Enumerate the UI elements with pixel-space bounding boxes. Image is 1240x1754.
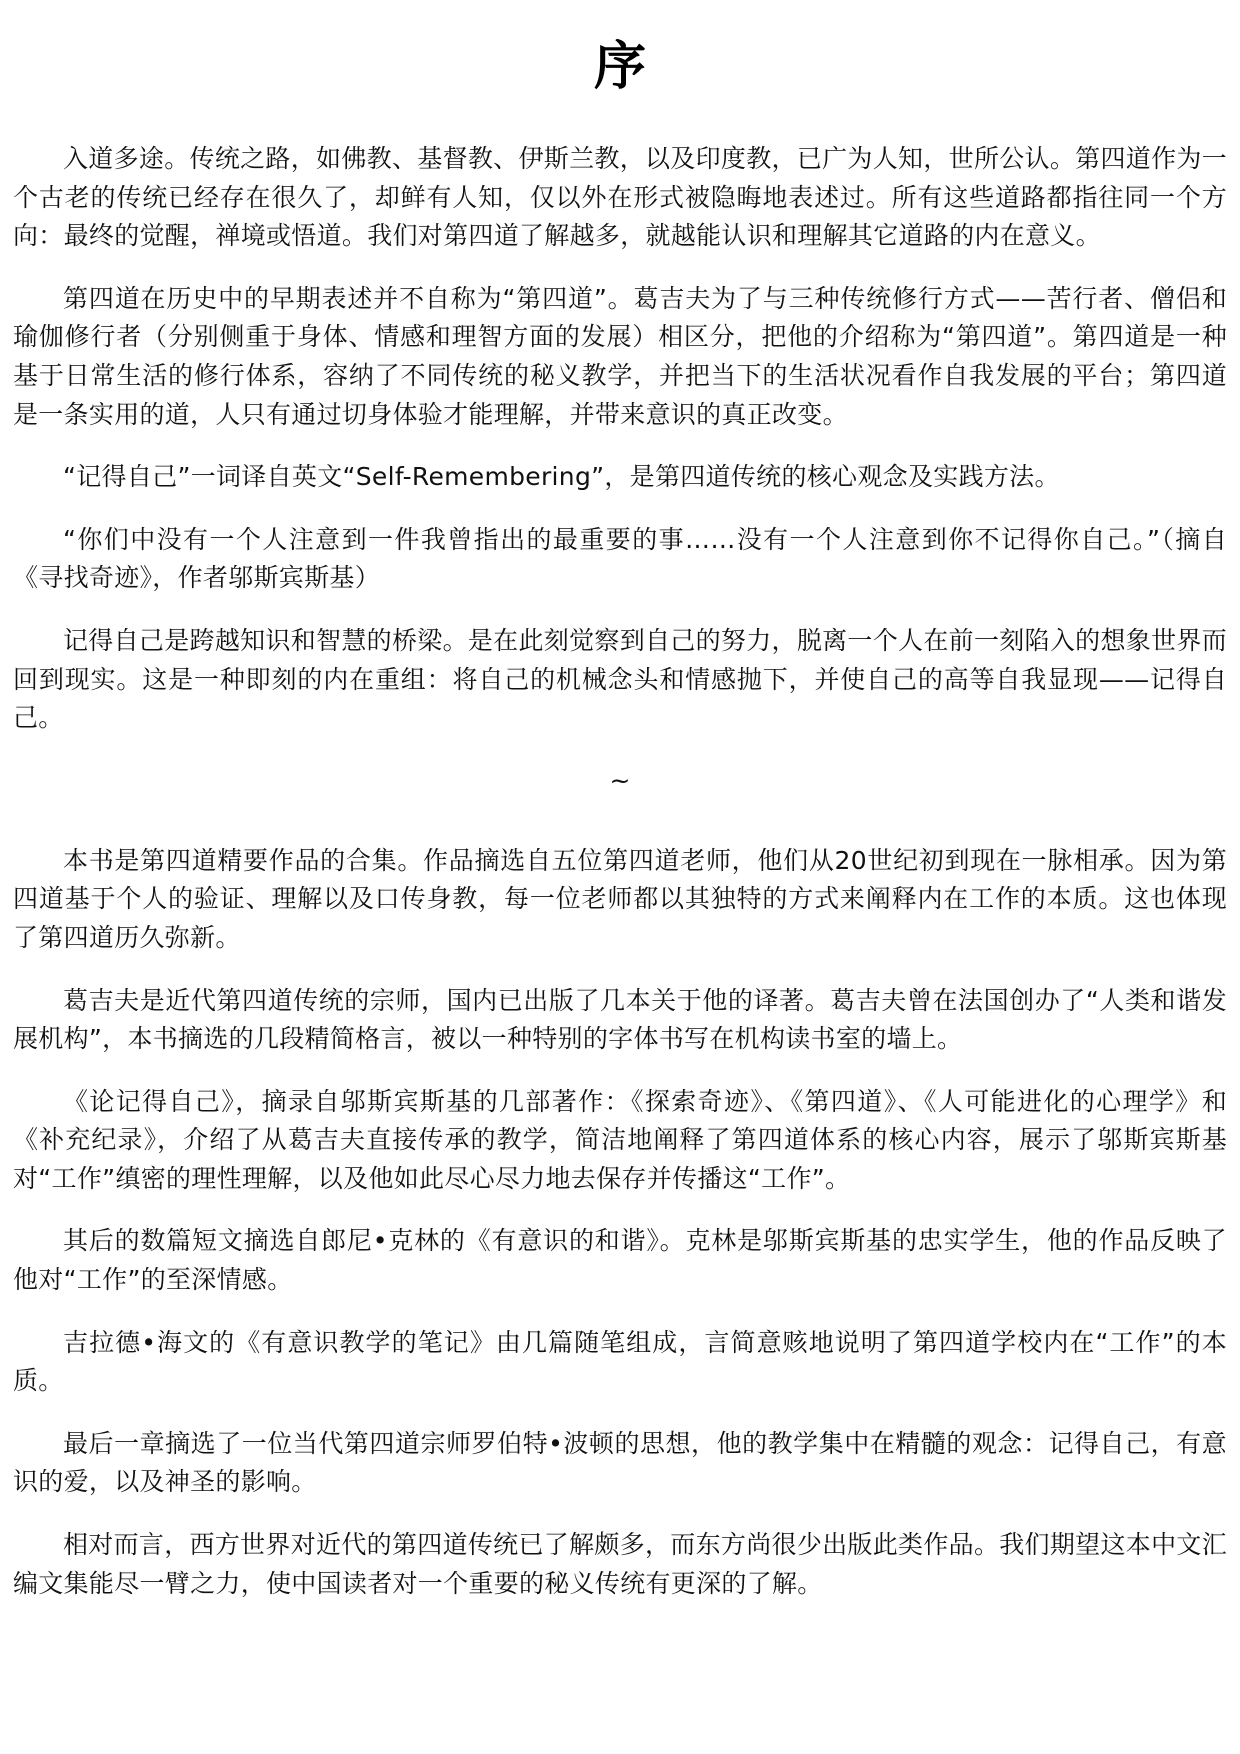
paragraph-self-remembering-term: “记得自己”一词译自英文“Self-Remembering”，是第四道传统的核心…	[13, 458, 1227, 497]
document-page: 序 入道多途。传统之路，如佛教、基督教、伊斯兰教，以及印度教，已广为人知，世所公…	[13, 0, 1227, 1627]
paragraph-collin: 其后的数篇短文摘选自郎尼•克林的《有意识的和谐》。克林是邬斯宾斯基的忠实学生，他…	[13, 1222, 1227, 1299]
paragraph-fourth-way-definition: 第四道在历史中的早期表述并不自称为“第四道”。葛吉夫为了与三种传统修行方式——苦…	[13, 280, 1227, 434]
paragraph-burton: 最后一章摘选了一位当代第四道宗师罗伯特•波顿的思想，他的教学集中在精髓的观念：记…	[13, 1425, 1227, 1502]
paragraph-intro-paths: 入道多途。传统之路，如佛教、基督教、伊斯兰教，以及印度教，已广为人知，世所公认。…	[13, 140, 1227, 256]
paragraph-gurdjieff: 葛吉夫是近代第四道传统的宗师，国内已出版了几本关于他的译著。葛吉夫曾在法国创办了…	[13, 982, 1227, 1059]
section-separator: ~	[13, 762, 1227, 800]
paragraph-ouspensky: 《论记得自己》，摘录自邬斯宾斯基的几部著作：《探索奇迹》、《第四道》、《人可能进…	[13, 1083, 1227, 1199]
paragraph-book-collection: 本书是第四道精要作品的合集。作品摘选自五位第四道老师，他们从20世纪初到现在一脉…	[13, 842, 1227, 958]
paragraph-haven: 吉拉德•海文的《有意识教学的笔记》由几篇随笔组成，言简意赅地说明了第四道学校内在…	[13, 1324, 1227, 1401]
page-title: 序	[13, 0, 1227, 106]
paragraph-self-remembering-bridge: 记得自己是跨越知识和智慧的桥梁。是在此刻觉察到自己的努力，脱离一个人在前一刻陷入…	[13, 622, 1227, 738]
paragraph-quote: “你们中没有一个人注意到一件我曾指出的最重要的事……没有一个人注意到你不记得你自…	[13, 521, 1227, 598]
document-body: 入道多途。传统之路，如佛教、基督教、伊斯兰教，以及印度教，已广为人知，世所公认。…	[13, 140, 1227, 1603]
paragraph-closing: 相对而言，西方世界对近代的第四道传统已了解颇多，而东方尚很少出版此类作品。我们期…	[13, 1526, 1227, 1603]
